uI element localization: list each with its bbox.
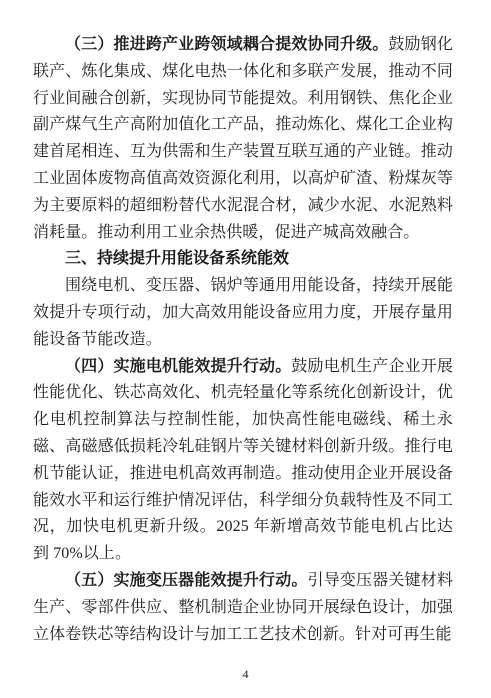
paragraph-section-3: （三）推进跨产业跨领域耦合提效协同升级。鼓励钢化联产、炼化集成、煤化电热一体化和…	[33, 32, 453, 246]
paragraph-body: 鼓励钢化联产、炼化集成、煤化电热一体化和多联产发展，推动不同行业间融合创新，实现…	[33, 36, 453, 241]
paragraph-lead: （四）实施电机能效提升行动。	[65, 358, 291, 375]
paragraph-section-5: （五）实施变压器能效提升行动。引导变压器关键材料生产、零部件供应、整机制造企业协…	[33, 568, 453, 648]
paragraph-lead: （五）实施变压器能效提升行动。	[65, 572, 308, 589]
page-number: 4	[0, 667, 491, 681]
section-heading: 三、持续提升用能设备系统能效	[33, 246, 453, 273]
paragraph-body: 鼓励电机生产企业开展性能优化、铁芯高效化、机壳轻量化等系统化创新设计，优化电机控…	[33, 358, 453, 563]
text-area: （三）推进跨产业跨领域耦合提效协同升级。鼓励钢化联产、炼化集成、煤化电热一体化和…	[33, 32, 453, 648]
paragraph-section-4: （四）实施电机能效提升行动。鼓励电机生产企业开展性能优化、铁芯高效化、机壳轻量化…	[33, 354, 453, 568]
document-page: （三）推进跨产业跨领域耦合提效协同升级。鼓励钢化联产、炼化集成、煤化电热一体化和…	[0, 0, 491, 698]
paragraph-lead: （三）推进跨产业跨领域耦合提效协同升级。	[65, 36, 388, 53]
paragraph-intro: 围绕电机、变压器、锅炉等通用用能设备，持续开展能效提升专项行动，加大高效用能设备…	[33, 273, 453, 353]
paragraph-body: 围绕电机、变压器、锅炉等通用用能设备，持续开展能效提升专项行动，加大高效用能设备…	[33, 277, 453, 348]
